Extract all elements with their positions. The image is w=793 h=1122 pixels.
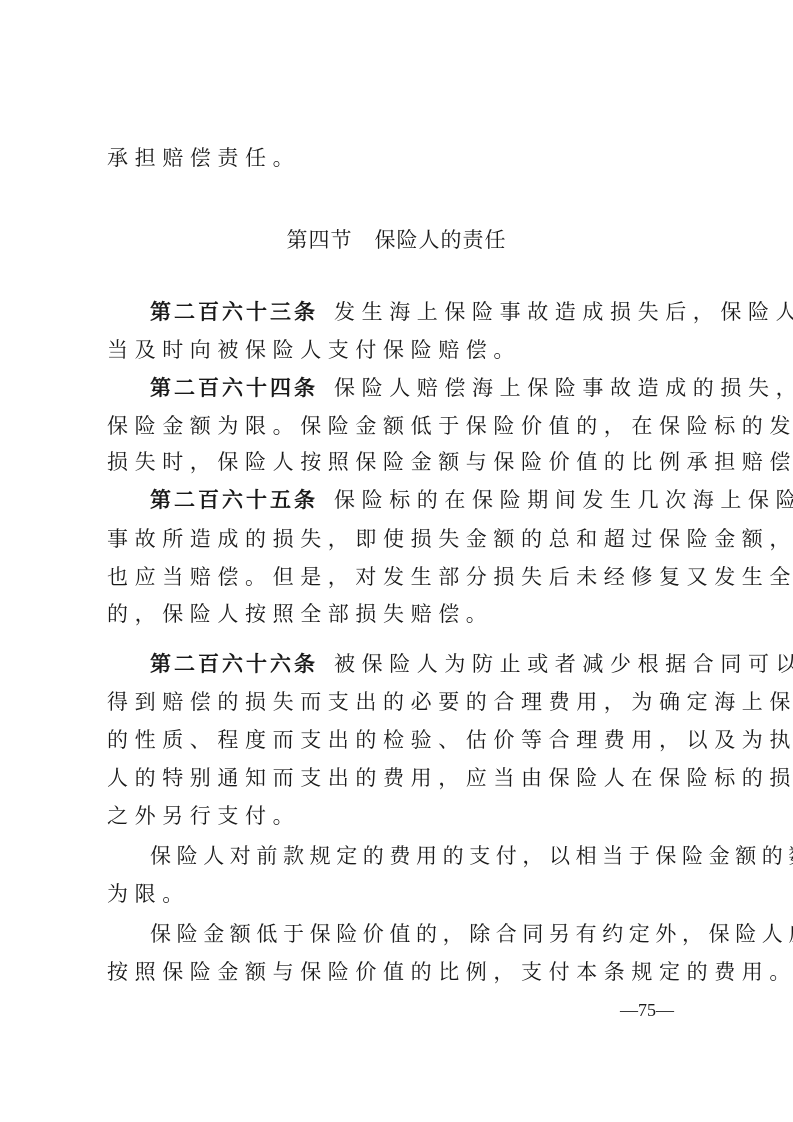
article-265-line-3: 也应当赔偿。但是，对发生部分损失后未经修复又发生全部损失 <box>107 563 707 591</box>
article-266-line-2: 得到赔偿的损失而支出的必要的合理费用，为确定海上保险事故 <box>107 688 707 716</box>
paragraph-1-line-1: 保险人对前款规定的费用的支付，以相当于保险金额的数额 <box>150 842 750 870</box>
article-265-line-4: 的，保险人按照全部损失赔偿。 <box>107 600 707 628</box>
article-264-line-1: 第二百六十四条保险人赔偿海上保险事故造成的损失，以 <box>150 374 750 402</box>
article-266-line-4: 人的特别通知而支出的费用，应当由保险人在保险标的损失赔偿 <box>107 764 707 792</box>
article-number: 第二百六十三条 <box>150 300 318 324</box>
document-page: 承担赔偿责任。 第四节 保险人的责任 第二百六十三条发生海上保险事故造成损失后，… <box>0 0 793 1122</box>
article-264-line-2: 保险金额为限。保险金额低于保险价值的，在保险标的发生部分 <box>107 412 707 440</box>
article-263-line-2: 当及时向被保险人支付保险赔偿。 <box>107 336 707 364</box>
paragraph-1-line-2: 为限。 <box>107 880 707 908</box>
article-265-line-2: 事故所造成的损失，即使损失金额的总和超过保险金额，保险人 <box>107 525 707 553</box>
article-266-line-3: 的性质、程度而支出的检验、估价等合理费用，以及为执行保险 <box>107 726 707 754</box>
article-266-line-5: 之外另行支付。 <box>107 802 707 830</box>
paragraph-2-line-1: 保险金额低于保险价值的，除合同另有约定外，保险人应当 <box>150 920 750 948</box>
article-266-line-1: 第二百六十六条被保险人为防止或者减少根据合同可以 <box>150 650 750 678</box>
continuation-text: 承担赔偿责任。 <box>107 144 707 172</box>
article-263-line-1: 第二百六十三条发生海上保险事故造成损失后，保险人应 <box>150 298 750 326</box>
article-number: 第二百六十六条 <box>150 652 318 676</box>
article-number: 第二百六十四条 <box>150 376 318 400</box>
article-number: 第二百六十五条 <box>150 488 318 512</box>
page-number: —75— <box>620 998 674 1022</box>
section-heading: 第四节 保险人的责任 <box>0 226 793 254</box>
article-265-line-1: 第二百六十五条保险标的在保险期间发生几次海上保险 <box>150 486 750 514</box>
paragraph-2-line-2: 按照保险金额与保险价值的比例，支付本条规定的费用。 <box>107 958 707 986</box>
article-264-line-3: 损失时，保险人按照保险金额与保险价值的比例承担赔偿责任。 <box>107 448 707 476</box>
